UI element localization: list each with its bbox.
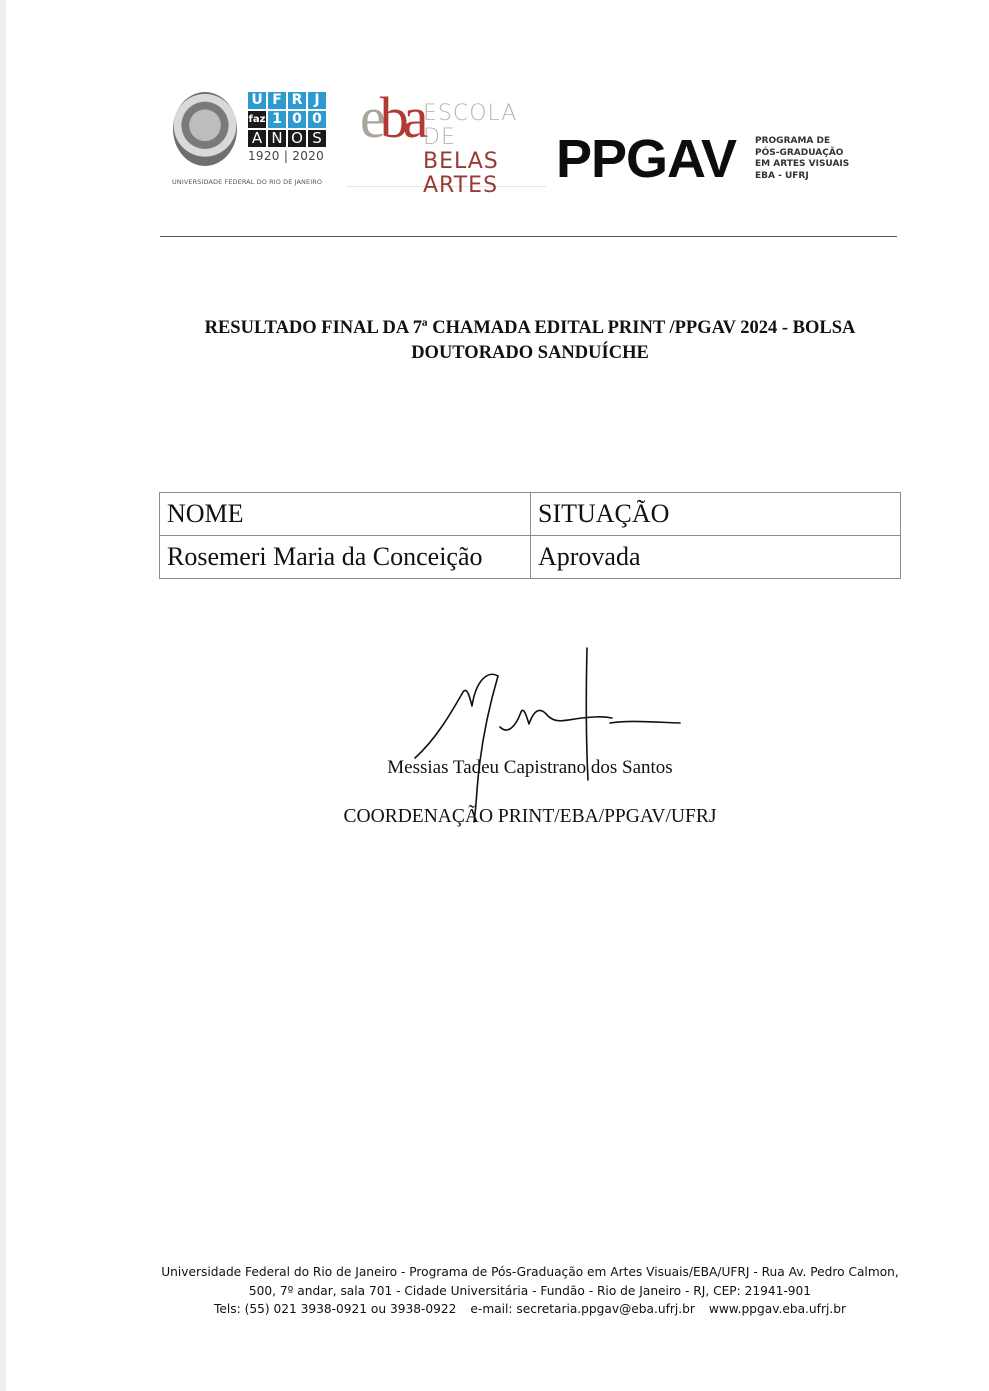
- anos-letter: O: [288, 130, 306, 147]
- eba-mark-ba: ba: [380, 85, 423, 150]
- ppgav-logo: PPGAV PROGRAMA DE PÓS-GRADUAÇÃO EM ARTES…: [554, 131, 844, 187]
- cell-situacao: Aprovada: [531, 536, 901, 579]
- anos-letter: S: [308, 130, 326, 147]
- ufrj-digit: 1: [268, 111, 286, 128]
- eba-line2: BELAS ARTES: [423, 150, 546, 198]
- footer-line2: 500, 7º andar, sala 701 - Cidade Univers…: [150, 1282, 910, 1301]
- ufrj-digit: 0: [308, 111, 326, 128]
- column-header-nome: NOME: [160, 493, 531, 536]
- ppgav-subtitle-line: PROGRAMA DE: [755, 136, 849, 148]
- viewer-left-margin: [0, 0, 6, 1391]
- footer-contacts: Tels: (55) 021 3938-0921 ou 3938-0922e-m…: [150, 1300, 910, 1319]
- header-divider: [160, 236, 897, 237]
- ppgav-subtitle: PROGRAMA DE PÓS-GRADUAÇÃO EM ARTES VISUA…: [755, 136, 849, 182]
- faz-label: faz: [248, 111, 266, 128]
- eba-mark: eba: [360, 86, 423, 150]
- ufrj-letter: J: [308, 92, 326, 109]
- table-header-row: NOME SITUAÇÃO: [160, 493, 901, 536]
- cell-nome: Rosemeri Maria da Conceição: [160, 536, 531, 579]
- footer-line1: Universidade Federal do Rio de Janeiro -…: [150, 1263, 910, 1282]
- ufrj-100-badge: U F R J faz 1 0 0 A N O S 1920 | 2020: [248, 92, 326, 163]
- anos-letter: N: [268, 130, 286, 147]
- signer-role: COORDENAÇÃO PRINT/EBA/PPGAV/UFRJ: [330, 806, 730, 828]
- footer-address: Universidade Federal do Rio de Janeiro -…: [150, 1263, 910, 1319]
- eba-line1: ESCOLA DE: [423, 102, 546, 150]
- ppgav-subtitle-line: EM ARTES VISUAIS: [755, 159, 849, 171]
- ufrj-100-anos-logo: U F R J faz 1 0 0 A N O S 1920 | 2020 UN…: [167, 86, 335, 188]
- ufrj-letter: R: [288, 92, 306, 109]
- eba-wordmark: ESCOLA DE BELAS ARTES: [423, 102, 546, 198]
- ufrj-letter: F: [268, 92, 286, 109]
- signer-name: Messias Tadeu Capistrano dos Santos: [330, 757, 730, 779]
- ufrj-letter: U: [248, 92, 266, 109]
- ufrj-years: 1920 | 2020: [248, 149, 326, 163]
- document-title: RESULTADO FINAL DA 7ª CHAMADA EDITAL PRI…: [160, 316, 900, 366]
- anos-letter: A: [248, 130, 266, 147]
- ufrj-seal-icon: [173, 92, 237, 166]
- document-title-line1: RESULTADO FINAL DA 7ª CHAMADA EDITAL PRI…: [160, 316, 900, 341]
- ppgav-wordmark: PPGAV: [556, 131, 736, 187]
- ufrj-digit: 0: [288, 111, 306, 128]
- footer-email-link[interactable]: e-mail: secretaria.ppgav@eba.ufrj.br: [470, 1302, 694, 1316]
- eba-logo: eba ESCOLA DE BELAS ARTES: [346, 80, 546, 187]
- column-header-situacao: SITUAÇÃO: [531, 493, 901, 536]
- ppgav-subtitle-line: PÓS-GRADUAÇÃO: [755, 148, 849, 160]
- ppgav-subtitle-line: EBA - UFRJ: [755, 171, 849, 183]
- result-table: NOME SITUAÇÃO Rosemeri Maria da Conceiçã…: [159, 492, 901, 579]
- table-row: Rosemeri Maria da Conceição Aprovada: [160, 536, 901, 579]
- document-title-line2: DOUTORADO SANDUÍCHE: [160, 341, 900, 366]
- footer-phones: Tels: (55) 021 3938-0921 ou 3938-0922: [214, 1302, 456, 1316]
- footer-website-link[interactable]: www.ppgav.eba.ufrj.br: [709, 1302, 846, 1316]
- university-name: UNIVERSIDADE FEDERAL DO RIO DE JANEIRO: [172, 178, 322, 186]
- eba-mark-e: e: [360, 85, 380, 150]
